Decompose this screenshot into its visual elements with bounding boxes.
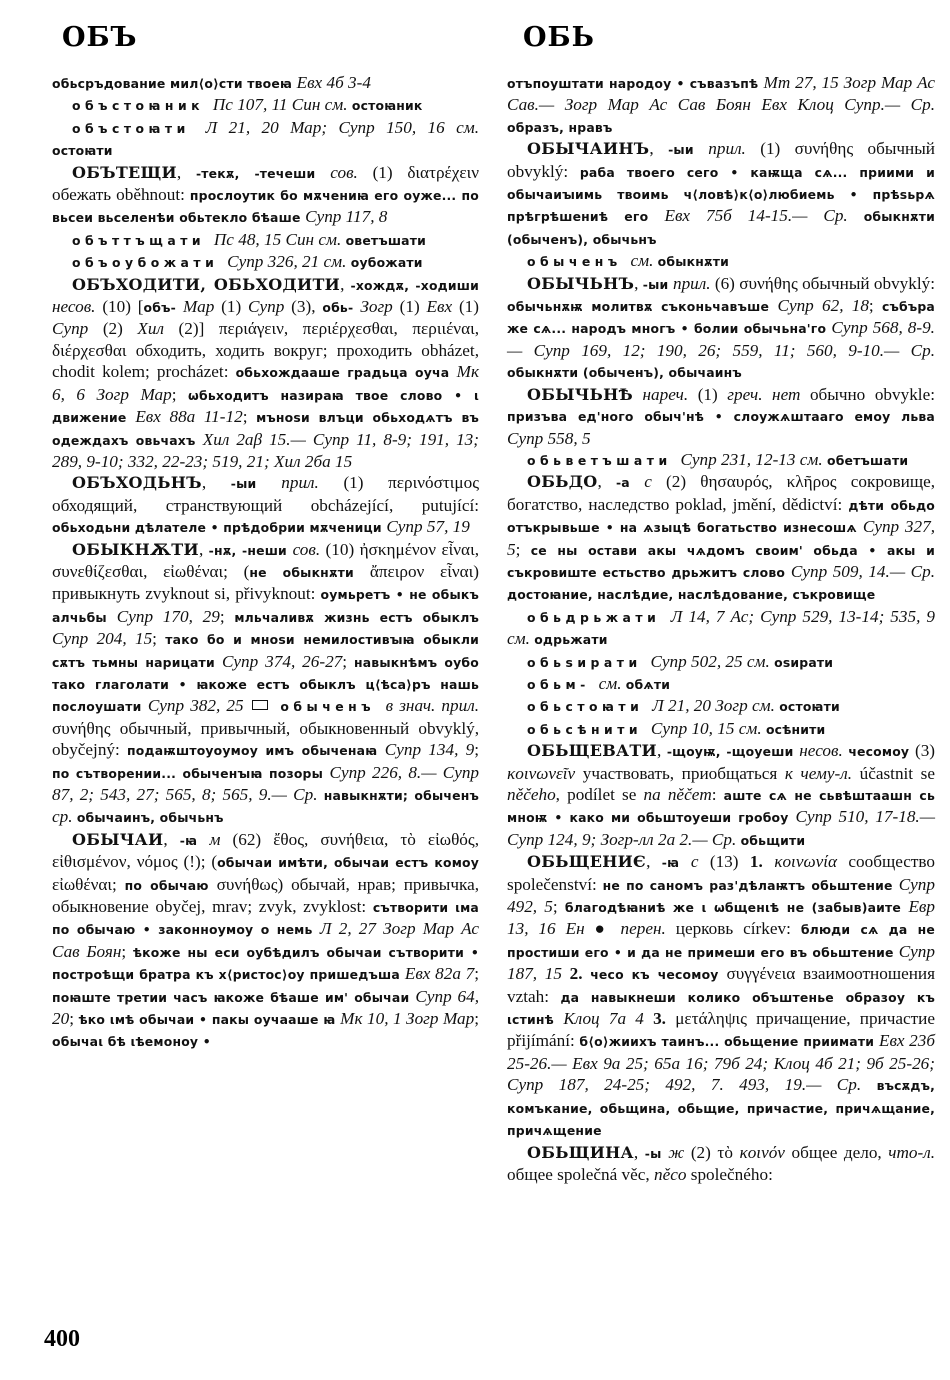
headword: ОБЫЧЬНѢ (527, 385, 633, 404)
headword: ОБЫЧАИНЪ (527, 139, 649, 158)
citation-text: ж (668, 1143, 691, 1162)
headword: ОБЪТЕЩИ (72, 163, 177, 182)
roman-text: ; (172, 385, 188, 404)
citation-text: Л 21, 20 Мар; Супр 150, 16 см. (206, 118, 479, 137)
dictionary-entry: обьстоꙗти Л 21, 20 Зогр см. остоꙗти (507, 695, 935, 717)
spaced-headword: обьм- (527, 677, 599, 692)
church-slavonic-text: обычаι бѣ ιѣемоноу • (52, 1034, 211, 1049)
dictionary-entry: обьдрьжати Л 14, 7 Ас; Супр 529, 13-14; … (507, 606, 935, 651)
citation-text: Супр (248, 297, 291, 316)
church-slavonic-text: б⟨о⟩жиихъ таинъ... обьщение приимати (579, 1034, 879, 1049)
dictionary-entry: отъпоуштати народоу • съвазъпѣ Мт 27, 15… (507, 72, 935, 138)
citation-text: Супр 558, 5 (507, 429, 591, 448)
church-slavonic-text: -а (616, 475, 644, 490)
running-head-right: ОБЬ (523, 22, 595, 53)
dictionary-entry: ОБЬЩИНА, -ы ж (2) τὸ κοινόν общее дело, … (507, 1142, 935, 1186)
citation-text: Евх 82а 7 (405, 964, 474, 983)
church-slavonic-text: объ- (144, 300, 183, 315)
dictionary-entry: ОБЪХОДИТИ, ОБЬХОДИТИ, -хождѫ, -ходиши не… (52, 274, 479, 473)
citation-text: Пс 48, 15 Син см. (214, 230, 346, 249)
roman-text: участвовать, приобщаться (583, 764, 785, 783)
citation-text: Мар (183, 297, 221, 316)
roman-text: (3), (291, 297, 322, 316)
running-head-left: ОБЪ (62, 22, 137, 53)
citation-text: нареч. (643, 385, 698, 404)
citation-text: с (691, 852, 710, 871)
dictionary-entry: объстоꙗти Л 21, 20 Мар; Супр 150, 16 см.… (52, 117, 479, 162)
church-slavonic-text: по обычаю (125, 878, 217, 893)
headword: ОБЬЩИНА (527, 1143, 634, 1162)
dictionary-entry: ОБЫЧАИНЪ, -ыи прил. (1) συνήθης обычный … (507, 138, 935, 250)
dictionary-entry: обьсѣнити Супр 10, 15 см. осѣнити (507, 718, 935, 740)
citation-text: Евх (427, 297, 459, 316)
headword: ОБЪХОДЬНЪ (72, 473, 202, 492)
church-slavonic-text: отъпоуштати народоу • съвазъпѣ (507, 76, 764, 91)
citation-text: прил. (281, 473, 343, 492)
citation-text: Евх 75б 14-15.— Ср. (664, 206, 863, 225)
church-slavonic-text: обѧти (626, 677, 670, 692)
citation-text: Супр (52, 319, 103, 338)
citation-text: греч. нет (727, 385, 810, 404)
church-slavonic-text: оветъшати (346, 233, 426, 248)
roman-text: , (646, 852, 662, 871)
citation-text: na něčem (644, 785, 712, 804)
church-slavonic-text: образъ, нравъ (507, 120, 612, 135)
citation-text: несов. (799, 741, 848, 760)
citation-text: в знач. прил. (386, 696, 479, 715)
citation-text: Супр 231, 12-13 см. (680, 450, 827, 469)
citation-text: Евх 88а 11-12 (135, 407, 242, 426)
right-column: отъпоуштати народоу • съвазъпѣ Мт 27, 15… (507, 72, 935, 1185)
citation-text: Хил (137, 319, 178, 338)
citation-text: Супр 134, 9 (385, 740, 474, 759)
roman-text: ● (595, 919, 621, 938)
church-slavonic-text: обыкнѫти (658, 254, 729, 269)
church-slavonic-text: благодѣꙗниѣ же ι ѡбщенιѣ не (забыв)аите (565, 900, 909, 915)
church-slavonic-text: -ꙗ (662, 855, 691, 870)
church-slavonic-text: поꙗште третии часъ ꙗкоже бѣаше им' обыча… (52, 990, 415, 1005)
church-slavonic-text: обь- (322, 300, 360, 315)
citation-text: Супр 374, 26-27 (222, 652, 342, 671)
roman-text: ; (516, 540, 531, 559)
roman-text: účastnit se (860, 764, 935, 783)
citation-text: Супр 326, 21 см. (227, 252, 351, 271)
roman-text: (1) (698, 385, 728, 404)
roman-text: , (199, 540, 209, 559)
citation-text: перен. (621, 919, 676, 938)
church-slavonic-text: навыкнѫти; обыченъ (324, 788, 479, 803)
roman-text: εἰωθέναι; (52, 875, 125, 894)
sense-number: 1. (750, 852, 774, 871)
dictionary-entry: обьм- см. обѧти (507, 673, 935, 695)
roman-text: ; (121, 942, 132, 961)
church-slavonic-text: чесомоу (848, 744, 915, 759)
dictionary-entry: обьветъшати Супр 231, 12-13 см. обетъшат… (507, 449, 935, 471)
roman-text: ; (474, 740, 479, 759)
citation-text: Пс 107, 11 Син см. (213, 95, 352, 114)
citation-text: κοινωνία (774, 852, 848, 871)
dictionary-page: ОБЪ ОБЬ обьсръдование мил⟨о⟩сти твоеꙗ Ев… (0, 0, 950, 1380)
headword: ОБЬЩЕВАТИ (527, 741, 657, 760)
sense-number: 2. (570, 964, 591, 983)
spaced-headword: объттъщати (72, 233, 214, 248)
roman-text: ; (869, 296, 882, 315)
church-slavonic-text: обьщити (741, 833, 806, 848)
citation-text: несов. (52, 297, 102, 316)
church-slavonic-text: обьходьни дѣлателе • прѣдобрии мѫченици (52, 520, 386, 535)
church-slavonic-text: призъва ед'ного обыч'нѣ • слоужѧштааго е… (507, 409, 935, 424)
church-slavonic-text: мльчаливѫ жизнь естъ обыклъ (234, 610, 479, 625)
church-slavonic-text: -текѫ, -течеши (196, 166, 330, 181)
roman-text: (1) (400, 297, 427, 316)
church-slavonic-text: осѣнити (766, 722, 825, 737)
church-slavonic-text: ѣко ιмѣ обычаи • пакы оучааше ꙗ (78, 1012, 340, 1027)
citation-text: прил. (708, 139, 760, 158)
dictionary-entry: ОБЫЧЬНЪ, -ыи прил. (6) συνήθης обычный o… (507, 273, 935, 384)
headword: ОБЪХОДИТИ, ОБЬХОДИТИ (72, 275, 340, 294)
dictionary-entry: ОБЬЩЕВАТИ, -щоуѭ, -щоуеши несов. чесомоу… (507, 740, 935, 851)
roman-text: обычно obvykle: (810, 385, 935, 404)
roman-text: церковь církev: (676, 919, 801, 938)
roman-text: (6) συνήθης обычный obvyklý: (715, 274, 935, 293)
roman-text: ; (342, 652, 354, 671)
citation-text: něčeho (507, 785, 556, 804)
citation-text: Евх 4б 3-4 (297, 73, 371, 92)
citation-text: Супр 204, 15 (52, 629, 152, 648)
roman-text (633, 385, 643, 404)
citation-text: Супр 10, 15 см. (651, 719, 766, 738)
headword: ОБЫЧЬНЪ (527, 274, 634, 293)
roman-text: (3) (915, 741, 935, 760)
spaced-headword: обьѕирати (527, 655, 650, 670)
citation-text: Супр 170, 29 (117, 607, 220, 626)
roman-text: : (712, 785, 724, 804)
church-slavonic-text: достоꙗние, наслѣдие, наслѣдование, съкро… (507, 587, 875, 602)
roman-text: , (163, 830, 179, 849)
church-slavonic-text: оубожати (351, 255, 423, 270)
citation-text: прил. (673, 274, 715, 293)
roman-text: , (597, 472, 615, 491)
spaced-headword: обьсѣнити (527, 722, 651, 737)
roman-text: , (202, 473, 231, 492)
headword: ОБЫКНѪТИ (72, 540, 199, 559)
roman-text: ; (474, 1009, 479, 1028)
dictionary-entry: обьѕирати Супр 502, 25 см. оѕирати (507, 651, 935, 673)
citation-text: сов. (293, 540, 326, 559)
dictionary-entry: ОБЫКНѪТИ, -нѫ, -неши сов. (10) ἠσκημένον… (52, 539, 479, 829)
dictionary-entry: ОБЪХОДЬНЪ, -ыи прил. (1) περινόστιμος об… (52, 472, 479, 538)
church-slavonic-text: не обыкнѫти (249, 565, 370, 580)
citation-text: Супр 57, 19 (386, 517, 470, 536)
church-slavonic-text: обычаи имѣти, обычаи естъ комоу (217, 855, 479, 870)
roman-text: (13) (710, 852, 750, 871)
roman-text: (1) (459, 297, 479, 316)
roman-text: ; (553, 897, 565, 916)
citation-text: что-л. (888, 1143, 935, 1162)
dictionary-entry: ОБЬДО, -а с (2) θησαυρός, κλῆρος сокрови… (507, 471, 935, 605)
church-slavonic-text: не по саномъ раз'дѣлаѭтъ обьштение (603, 878, 899, 893)
church-slavonic-text: чесо къ чесомоу (590, 967, 726, 982)
roman-text: , (340, 275, 350, 294)
spaced-headword: обьстоꙗти (527, 699, 652, 714)
church-slavonic-text: остоꙗти (779, 699, 840, 714)
church-slavonic-text: обьхождааше градьца оуча (236, 365, 457, 380)
church-slavonic-text: обыкнѫти (обыченъ), обычаинъ (507, 365, 742, 380)
church-slavonic-text: -ы (645, 1146, 669, 1161)
roman-text: ; (243, 407, 256, 426)
citation-text: см. (630, 251, 657, 270)
dictionary-entry: ОБЫЧАИ, -ꙗ м (62) ἔθος, συνήθεια, τὸ εἰω… (52, 829, 479, 1053)
church-slavonic-text: обычьнѫѭ молитвѫ съконьчавъше (507, 299, 778, 314)
roman-text: ; (220, 607, 235, 626)
dictionary-entry: обьсръдование мил⟨о⟩сти твоеꙗ Евх 4б 3-4 (52, 72, 479, 94)
headword: ОБЬДО (527, 472, 597, 491)
spaced-headword: обыченъ (527, 254, 630, 269)
citation-text: Мк 10, 1 Зогр Мар (340, 1009, 474, 1028)
roman-text: (10) [ (102, 297, 143, 316)
citation-text: Супр 509, 14.— Ср. (791, 562, 935, 581)
citation-text: Супр 382, 25 (148, 696, 250, 715)
church-slavonic-text: обетъшати (827, 453, 908, 468)
roman-text: (1) (221, 297, 248, 316)
citation-text: κοινόν (739, 1143, 791, 1162)
dictionary-entry: объоубожати Супр 326, 21 см. оубожати (52, 251, 479, 273)
citation-text: сов. (330, 163, 372, 182)
citation-text: Л 21, 20 Зогр см. (652, 696, 779, 715)
sense-number: 3. (653, 1009, 675, 1028)
roman-text: (2) (103, 319, 138, 338)
page-number: 400 (44, 1326, 80, 1353)
roman-text: ; (152, 629, 165, 648)
dictionary-entry: объттъщати Пс 48, 15 Син см. оветъшати (52, 229, 479, 251)
spaced-headword: обьдрьжати (527, 610, 671, 625)
roman-text: (2) τὸ (691, 1143, 740, 1162)
citation-text: κοινωνεῖν (507, 764, 583, 783)
citation-text: Супр 117, 8 (305, 207, 387, 226)
roman-text: společného: (691, 1165, 773, 1184)
dictionary-entry: объстоꙗник Пс 107, 11 Син см. остоꙗник (52, 94, 479, 116)
spaced-headword: объстоꙗник (72, 98, 213, 113)
roman-text: , podílet se (556, 785, 644, 804)
roman-text: , (657, 741, 667, 760)
dictionary-entry: ОБЪТЕЩИ, -текѫ, -течеши сов. (1) διατρέχ… (52, 162, 479, 229)
church-slavonic-text: одрьжати (534, 632, 607, 647)
headword: ОБЫЧАИ (72, 830, 163, 849)
left-column: обьсръдование мил⟨о⟩сти твоеꙗ Евх 4б 3-4… (52, 72, 479, 1053)
church-slavonic-text: -хождѫ, -ходиши (351, 278, 480, 293)
citation-text: м (209, 830, 232, 849)
citation-text: Клоц 7а 4 (563, 1009, 653, 1028)
church-slavonic-text: оѕирати (774, 655, 833, 670)
church-slavonic-text: -щоуѭ, -щоуеши (667, 744, 799, 759)
dictionary-entry: ОБЫЧЬНѢ нареч. (1) греч. нет обычно obvy… (507, 384, 935, 449)
church-slavonic-text: -ыи (643, 277, 673, 292)
spaced-headword: объстоꙗти (72, 121, 206, 136)
citation-text: к чему-л. (785, 764, 860, 783)
citation-text: Супр 502, 25 см. (650, 652, 774, 671)
church-slavonic-text: обычаинъ, обычьнъ (77, 810, 224, 825)
spaced-headword: обыченъ (270, 699, 386, 714)
dictionary-entry: ОБЬЩЕНИЄ, -ꙗ с (13) 1. κοινωνία сообщест… (507, 851, 935, 1141)
citation-text: něco (654, 1165, 691, 1184)
citation-text: с (644, 472, 666, 491)
spaced-headword: обьветъшати (527, 453, 680, 468)
dictionary-entry: обыченъ см. обыкнѫти (507, 250, 935, 272)
spaced-headword: объоубожати (72, 255, 227, 270)
roman-text: ; (474, 964, 479, 983)
derivative-marker-icon (252, 700, 268, 710)
roman-text: общее společná věc, (507, 1165, 654, 1184)
roman-text: , (177, 163, 196, 182)
roman-text: , (634, 1143, 645, 1162)
church-slavonic-text: -ыи (668, 142, 708, 157)
roman-text: , (649, 139, 668, 158)
citation-text: см. (599, 674, 626, 693)
headword: ОБЬЩЕНИЄ (527, 852, 646, 871)
church-slavonic-text: остоꙗник (352, 98, 423, 113)
citation-text: Супр 62, 18 (778, 296, 869, 315)
citation-text: Зогр (360, 297, 399, 316)
citation-text: ср. (52, 807, 77, 826)
roman-text: общее дело, (792, 1143, 889, 1162)
church-slavonic-text: -ыи (231, 476, 281, 491)
church-slavonic-text: обьсръдование мил⟨о⟩сти твоеꙗ (52, 76, 297, 91)
roman-text: , (634, 274, 643, 293)
church-slavonic-text: -нѫ, -неши (209, 543, 293, 558)
church-slavonic-text: остоꙗти (52, 143, 113, 158)
church-slavonic-text: подаѭштоуоумоу имъ обыченаꙗ (127, 743, 385, 758)
church-slavonic-text: по сътворении... обыченꙑꙗ позоры (52, 766, 330, 781)
church-slavonic-text: -ꙗ (180, 833, 210, 848)
